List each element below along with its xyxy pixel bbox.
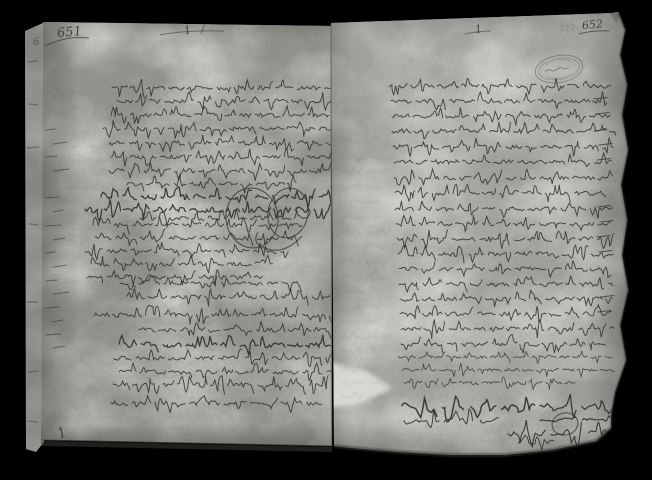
right-page: 322 652 1 — [328, 8, 632, 460]
left-sheet-counter: 101 — [308, 436, 317, 442]
left-page: 651 1 1 101 — [40, 18, 336, 452]
left-folio-number: 651 — [56, 24, 82, 41]
manuscript-scan-viewport: 6 651 1 — [0, 0, 652, 480]
right-crossed-page-number: 322 — [559, 23, 576, 34]
manuscript-scan: 6 651 1 — [0, 0, 652, 480]
left-top-smudge — [158, 36, 198, 48]
gutter-seam — [331, 24, 332, 446]
right-folio-number: 652 — [581, 17, 603, 32]
